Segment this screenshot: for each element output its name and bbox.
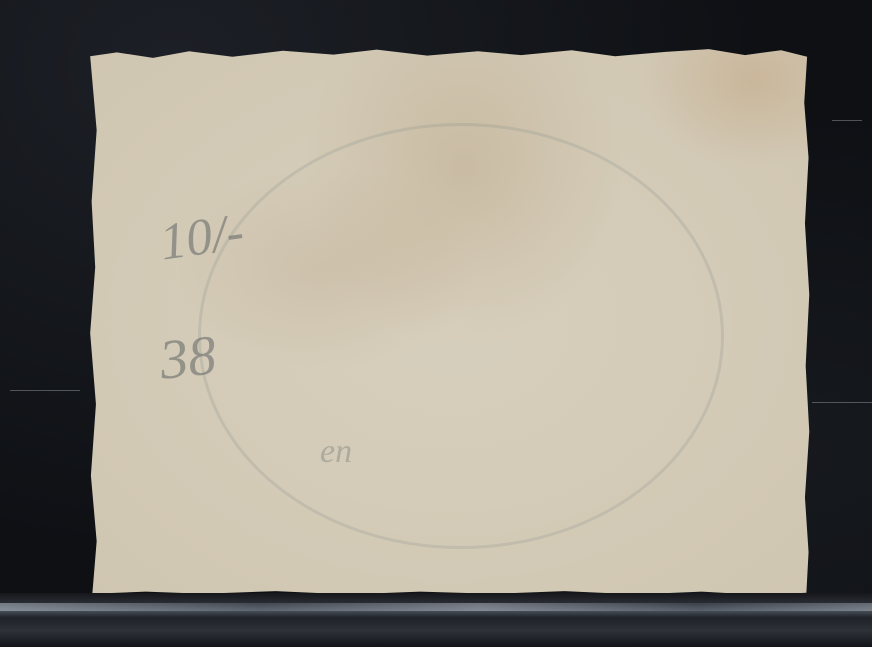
scratch-mark [812,402,872,403]
mount-strip [0,593,872,647]
cancellation-oval-showthrough [198,123,724,549]
pencil-notation-small: en [320,433,352,471]
pencil-notation-number: 38 [157,323,219,393]
stamp-back: 10/- 38 en [88,48,810,596]
scratch-mark [10,390,80,391]
scratch-mark [832,120,862,121]
pencil-notation-price: 10/- [156,202,247,272]
mount-strip-gloss [0,603,872,611]
